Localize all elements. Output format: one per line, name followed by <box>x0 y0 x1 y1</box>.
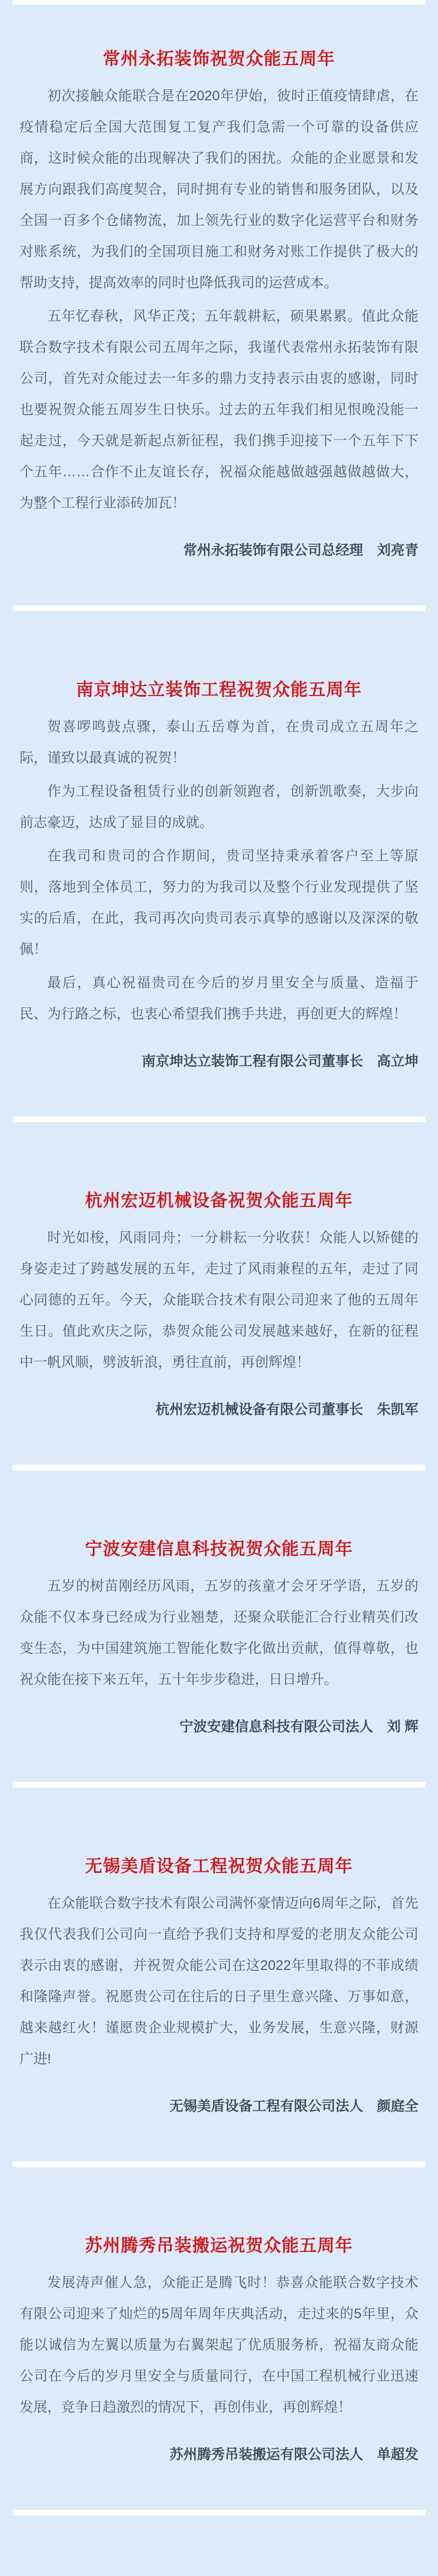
section-divider-bar <box>13 2510 425 2515</box>
top-divider-bar <box>13 0 425 5</box>
section-body: 时光如梭，风雨同舟；一分耕耘一分收获！众能人以矫健的身姿走过了跨越发展的五年，走… <box>0 1223 438 1378</box>
paragraph: 五岁的树苗刚经历风雨，五岁的孩童才会牙牙学语，五岁的众能不仅本身已经成为行业翘楚… <box>20 1571 418 1695</box>
greeting-section: 苏州腾秀吊装搬运祝贺众能五周年 发展涛声催人急，众能正是腾飞时！恭喜众能联合数字… <box>0 2237 438 2515</box>
section-divider-bar <box>13 2161 425 2167</box>
greeting-section: 无锡美盾设备工程祝贺众能五周年 在众能联合数字技术有限公司满怀豪情迈向6周年之际… <box>0 1858 438 2167</box>
section-divider-bar <box>13 1782 425 1788</box>
paragraph: 在我司和贵司的合作期间，贵司坚持秉承着客户至上等原则，落地到全体员工，努力的为我… <box>20 841 418 965</box>
signature-line: 杭州宏迈机械设备有限公司董事长 朱凯军 <box>20 1394 418 1426</box>
signature-line: 无锡美盾设备工程有限公司法人 颜庭全 <box>20 2091 418 2122</box>
paragraph: 贺喜啰鸣鼓点骤，泰山五岳尊为首，在贵司成立五周年之际，谨致以最真诚的祝贺！ <box>20 712 418 774</box>
paragraph: 发展涛声催人急，众能正是腾飞时！恭喜众能联合数字技术有限公司迎来了灿烂的5周年周… <box>20 2267 418 2423</box>
signature-line: 苏州腾秀吊装搬运有限公司法人 单超发 <box>20 2439 418 2470</box>
section-divider-bar <box>13 606 425 611</box>
paragraph: 在众能联合数字技术有限公司满怀豪情迈向6周年之际，首先我仅代表我们公司向一直给予… <box>20 1888 418 2075</box>
greeting-section: 南京坤达立装饰工程祝贺众能五周年 贺喜啰鸣鼓点骤，泰山五岳尊为首，在贵司成立五周… <box>0 682 438 1122</box>
section-divider-bar <box>13 1465 425 1471</box>
section-title: 杭州宏迈机械设备祝贺众能五周年 <box>20 1193 418 1210</box>
paragraph: 时光如梭，风雨同舟；一分耕耘一分收获！众能人以矫健的身姿走过了跨越发展的五年，走… <box>20 1223 418 1378</box>
section-divider-bar <box>13 1116 425 1122</box>
greeting-sections: 常州永拓装饰祝贺众能五周年 初次接触众能联合是在2020年伊始，彼时正值疫情肆虐… <box>0 51 438 2515</box>
section-body: 发展涛声催人急，众能正是腾飞时！恭喜众能联合数字技术有限公司迎来了灿烂的5周年周… <box>0 2267 438 2423</box>
signature-line: 宁波安建信息科技有限公司法人 刘 辉 <box>20 1712 418 1743</box>
section-title: 常州永拓装饰祝贺众能五周年 <box>20 51 418 68</box>
section-body: 五岁的树苗刚经历风雨，五岁的孩童才会牙牙学语，五岁的众能不仅本身已经成为行业翘楚… <box>0 1571 438 1695</box>
signature-line: 常州永拓装饰有限公司总经理 刘亮青 <box>20 535 418 566</box>
greeting-section: 宁波安建信息科技祝贺众能五周年 五岁的树苗刚经历风雨，五岁的孩童才会牙牙学语，五… <box>0 1541 438 1788</box>
signature-line: 南京坤达立装饰工程有限公司董事长 高立坤 <box>20 1046 418 1077</box>
paragraph: 初次接触众能联合是在2020年伊始，彼时正值疫情肆虐，在疫情稳定后全国大范围复工… <box>20 81 418 299</box>
paragraph: 作为工程设备租赁行业的创新领跑者，创新凯歌奏，大步向前志豪迈，达成了显目的成就。 <box>20 776 418 838</box>
section-body: 在众能联合数字技术有限公司满怀豪情迈向6周年之际，首先我仅代表我们公司向一直给予… <box>0 1888 438 2075</box>
section-title: 南京坤达立装饰工程祝贺众能五周年 <box>20 682 418 699</box>
greeting-section: 常州永拓装饰祝贺众能五周年 初次接触众能联合是在2020年伊始，彼时正值疫情肆虐… <box>0 51 438 611</box>
section-title: 苏州腾秀吊装搬运祝贺众能五周年 <box>20 2237 418 2255</box>
section-title: 无锡美盾设备工程祝贺众能五周年 <box>20 1858 418 1875</box>
greeting-section: 杭州宏迈机械设备祝贺众能五周年 时光如梭，风雨同舟；一分耕耘一分收获！众能人以矫… <box>0 1193 438 1471</box>
paragraph: 五年忆春秋，风华正茂；五年载耕耘，硕果累累。值此众能联合数字技术有限公司五周年之… <box>20 301 418 519</box>
section-body: 贺喜啰鸣鼓点骤，泰山五岳尊为首，在贵司成立五周年之际，谨致以最真诚的祝贺！作为工… <box>0 712 438 1030</box>
section-body: 初次接触众能联合是在2020年伊始，彼时正值疫情肆虐，在疫情稳定后全国大范围复工… <box>0 81 438 519</box>
section-title: 宁波安建信息科技祝贺众能五周年 <box>20 1541 418 1558</box>
article-page: 常州永拓装饰祝贺众能五周年 初次接触众能联合是在2020年伊始，彼时正值疫情肆虐… <box>0 0 438 2576</box>
paragraph: 最后，真心祝福贵司在今后的岁月里安全与质量、造福于民、为行路之标，也衷心希望我们… <box>20 968 418 1030</box>
